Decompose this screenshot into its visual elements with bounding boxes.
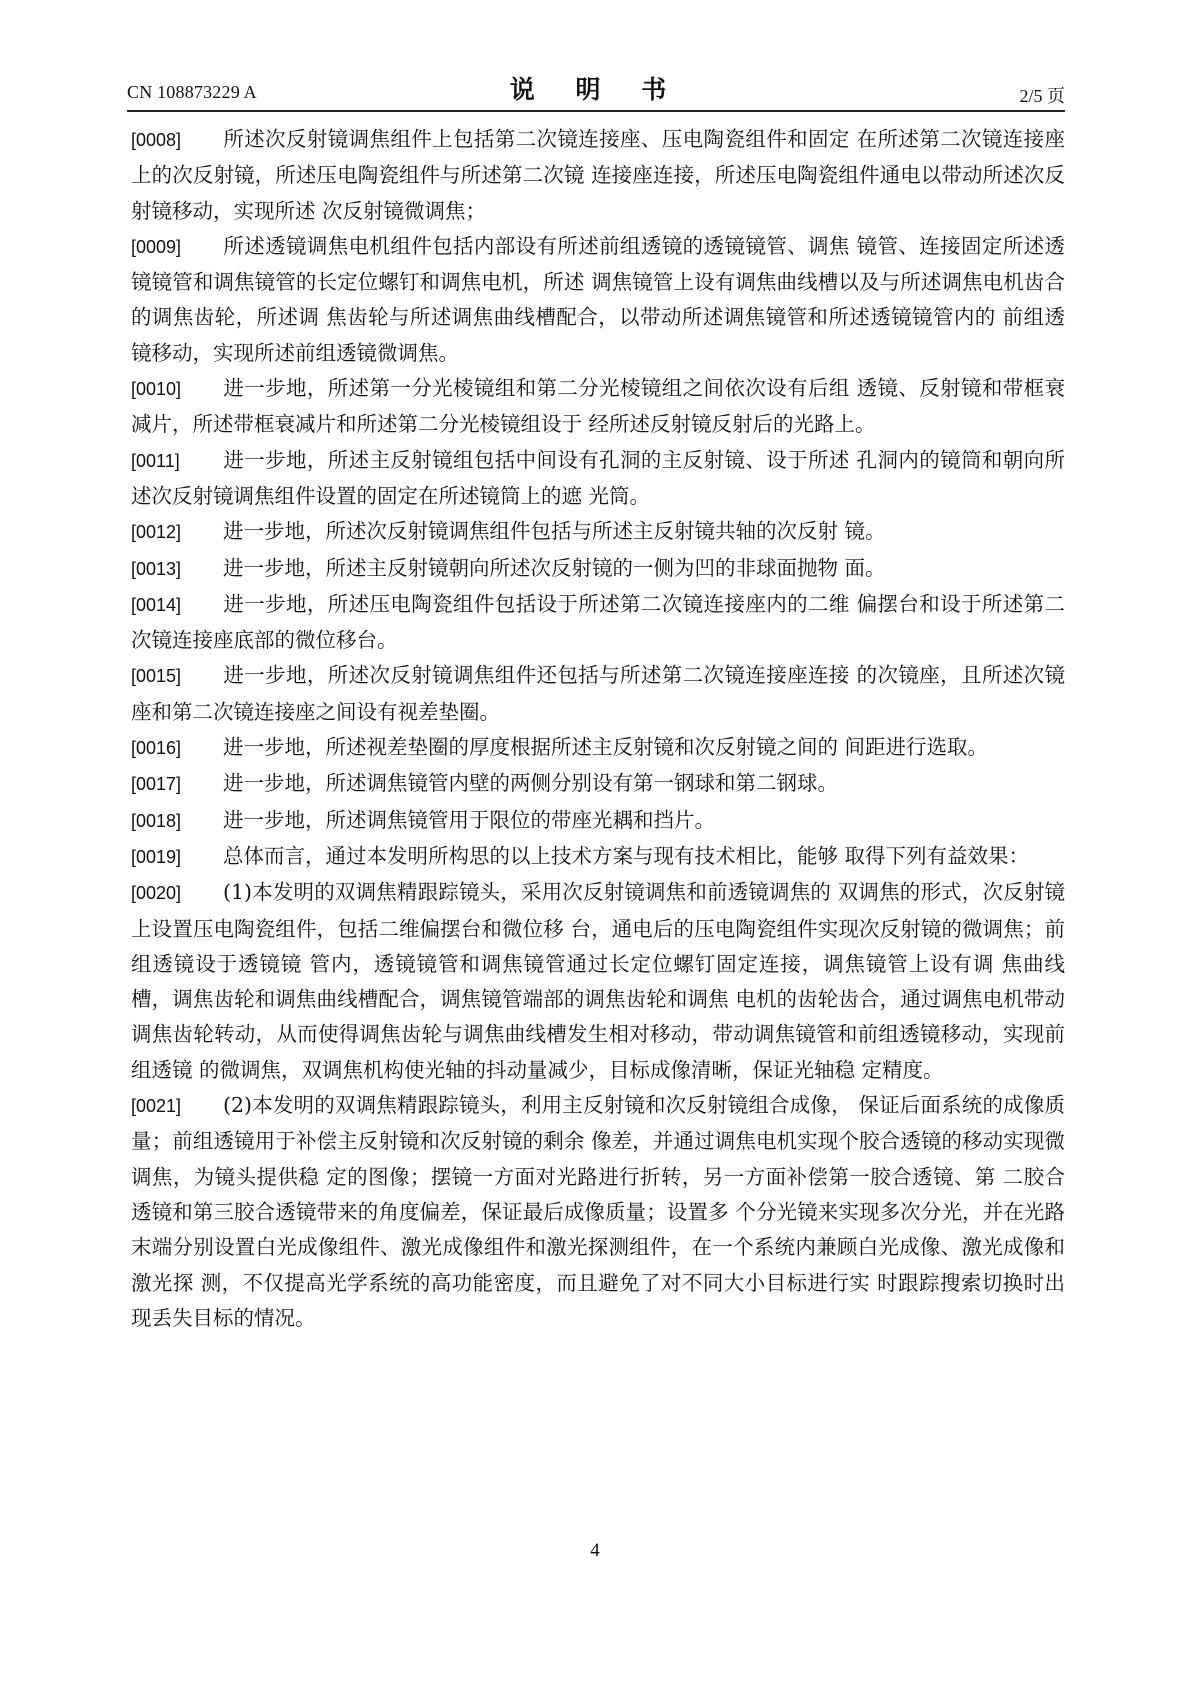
paragraph-number: [0011] <box>131 444 223 479</box>
page-indicator: 2/5 页 <box>1019 82 1065 108</box>
paragraph-text: 进一步地，所述次反射镜调焦组件还包括与所述第二次镜连接座连接 的次镜座，且所述次… <box>131 663 1065 723</box>
paragraph-text: 进一步地，所述第一分光棱镜组和第二分光棱镜组之间依次设有后组 透镜、反射镜和带框… <box>131 376 1065 436</box>
paragraph-text: 进一步地，所述调焦镜管用于限位的带座光耦和挡片。 <box>223 808 715 832</box>
paragraph-0021: [0021](2)本发明的双调焦精跟踪镜头，利用主反射镜和次反射镜组合成像， 保… <box>131 1088 1065 1336</box>
paragraph-0016: [0016]进一步地，所述视差垫圈的厚度根据所述主反射镜和次反射镜之间的 间距进… <box>131 730 1065 766</box>
paragraph-text: 进一步地，所述调焦镜管内壁的两侧分别设有第一钢球和第二钢球。 <box>223 771 838 795</box>
paragraph-text: 进一步地，所述主反射镜组包括中间设有孔洞的主反射镜、设于所述 孔洞内的镜筒和朝向… <box>131 448 1065 508</box>
paragraph-text: (2)本发明的双调焦精跟踪镜头，利用主反射镜和次反射镜组合成像， 保证后面系统的… <box>131 1093 1065 1330</box>
paragraph-number: [0014] <box>131 588 223 623</box>
paragraph-0011: [0011]进一步地，所述主反射镜组包括中间设有孔洞的主反射镜、设于所述 孔洞内… <box>131 443 1065 515</box>
document-header: CN 108873229 A 说 明 书 2/5 页 <box>127 68 1065 112</box>
paragraph-text: 总体而言，通过本发明所构思的以上技术方案与现有技术相比，能够 取得下列有益效果： <box>223 844 1029 868</box>
paragraph-0009: [0009]所述透镜调焦电机组件包括内部设有所述前组透镜的透镜镜管、调焦 镜管、… <box>131 229 1065 371</box>
page-number: 4 <box>0 1540 1190 1562</box>
paragraph-number: [0012] <box>131 515 223 550</box>
paragraph-number: [0018] <box>131 804 223 839</box>
paragraph-0008: [0008]所述次反射镜调焦组件上包括第二次镜连接座、压电陶瓷组件和固定 在所述… <box>131 122 1065 229</box>
paragraph-number: [0015] <box>131 659 223 694</box>
paragraph-text: 所述次反射镜调焦组件上包括第二次镜连接座、压电陶瓷组件和固定 在所述第二次镜连接… <box>131 127 1065 223</box>
paragraph-0018: [0018]进一步地，所述调焦镜管用于限位的带座光耦和挡片。 <box>131 803 1065 839</box>
document-body: [0008]所述次反射镜调焦组件上包括第二次镜连接座、压电陶瓷组件和固定 在所述… <box>131 122 1065 1336</box>
paragraph-text: 进一步地，所述次反射镜调焦组件包括与所述主反射镜共轴的次反射 镜。 <box>223 519 886 543</box>
paragraph-number: [0021] <box>131 1089 223 1124</box>
paragraph-0017: [0017]进一步地，所述调焦镜管内壁的两侧分别设有第一钢球和第二钢球。 <box>131 766 1065 802</box>
paragraph-0019: [0019]总体而言，通过本发明所构思的以上技术方案与现有技术相比，能够 取得下… <box>131 839 1065 875</box>
paragraph-number: [0017] <box>131 767 223 802</box>
paragraph-number: [0016] <box>131 731 223 766</box>
paragraph-0020: [0020](1)本发明的双调焦精跟踪镜头，采用次反射镜调焦和前透镜调焦的 双调… <box>131 875 1065 1088</box>
paragraph-0010: [0010]进一步地，所述第一分光棱镜组和第二分光棱镜组之间依次设有后组 透镜、… <box>131 371 1065 443</box>
header-divider <box>127 110 1065 112</box>
paragraph-0014: [0014]进一步地，所述压电陶瓷组件包括设于所述第二次镜连接座内的二维 偏摆台… <box>131 587 1065 659</box>
paragraph-0012: [0012]进一步地，所述次反射镜调焦组件包括与所述主反射镜共轴的次反射 镜。 <box>131 514 1065 550</box>
paragraph-0015: [0015]进一步地，所述次反射镜调焦组件还包括与所述第二次镜连接座连接 的次镜… <box>131 658 1065 730</box>
paragraph-number: [0009] <box>131 230 223 265</box>
paragraph-number: [0010] <box>131 372 223 407</box>
paragraph-0013: [0013]进一步地，所述主反射镜朝向所述次反射镜的一侧为凹的非球面抛物 面。 <box>131 551 1065 587</box>
paragraph-text: 进一步地，所述视差垫圈的厚度根据所述主反射镜和次反射镜之间的 间距进行选取。 <box>223 735 988 759</box>
paragraph-number: [0019] <box>131 840 223 875</box>
paragraph-number: [0020] <box>131 876 223 911</box>
paragraph-number: [0013] <box>131 552 223 587</box>
paragraph-text: 进一步地，所述主反射镜朝向所述次反射镜的一侧为凹的非球面抛物 面。 <box>223 556 886 580</box>
paragraph-text: 进一步地，所述压电陶瓷组件包括设于所述第二次镜连接座内的二维 偏摆台和设于所述第… <box>131 592 1065 652</box>
paragraph-text: 所述透镜调焦电机组件包括内部设有所述前组透镜的透镜镜管、调焦 镜管、连接固定所述… <box>131 234 1065 365</box>
document-title: 说 明 书 <box>127 70 1065 106</box>
paragraph-number: [0008] <box>131 123 223 158</box>
paragraph-text: (1)本发明的双调焦精跟踪镜头，采用次反射镜调焦和前透镜调焦的 双调焦的形式，次… <box>131 880 1065 1081</box>
